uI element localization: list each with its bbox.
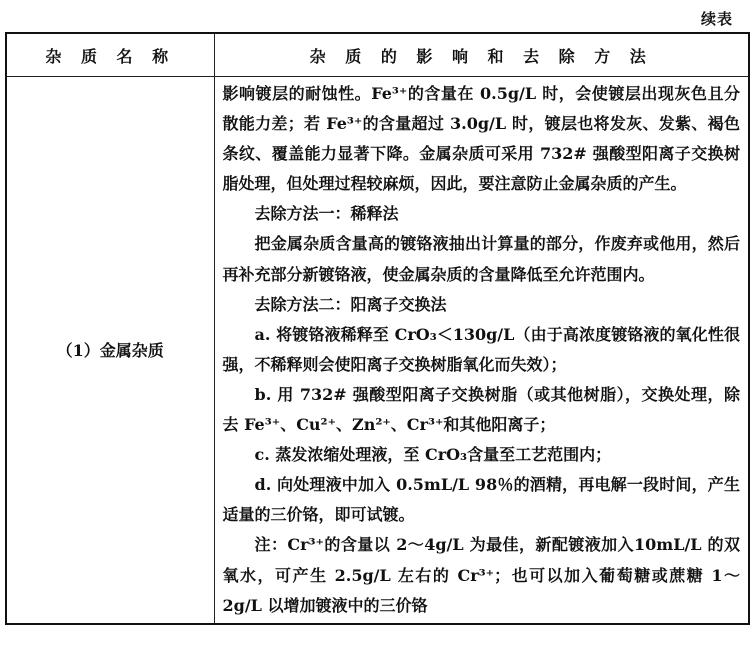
header-row: 杂 质 名 称 杂 质 的 影 响 和 去 除 方 法 — [6, 33, 749, 77]
intro-paragraph: 影响镀层的耐蚀性。Fe³⁺的含量在 0.5g/L 时，会使镀层出现灰色且分散能力… — [223, 79, 741, 199]
impurity-table: 杂 质 名 称 杂 质 的 影 响 和 去 除 方 法 （1）金属杂质 影响镀层… — [5, 32, 750, 625]
header-impurity-name: 杂 质 名 称 — [6, 33, 214, 77]
step-d: d. 向处理液中加入 0.5mL/L 98％的酒精，再电解一段时间，产生适量的三… — [223, 470, 741, 530]
header-impact-and-removal: 杂 质 的 影 响 和 去 除 方 法 — [214, 33, 749, 77]
impact-and-removal-cell: 影响镀层的耐蚀性。Fe³⁺的含量在 0.5g/L 时，会使镀层出现灰色且分散能力… — [214, 77, 749, 624]
impurity-name-cell: （1）金属杂质 — [6, 77, 214, 624]
table-caption: 续表 — [701, 8, 733, 29]
step-c: c. 蒸发浓缩处理液，至 CrO₃含量至工艺范围内； — [223, 440, 741, 470]
method-two-title: 去除方法二：阳离子交换法 — [223, 290, 741, 320]
step-b: b. 用 732# 强酸型阳离子交换树脂（或其他树脂），交换处理，除去 Fe³⁺… — [223, 380, 741, 440]
method-one-body: 把金属杂质含量高的镀铬液抽出计算量的部分，作废弃或他用，然后再补充部分新镀铬液，… — [223, 229, 741, 289]
note-paragraph: 注：Cr³⁺的含量以 2～4g/L 为最佳，新配镀液加入10mL/L 的双氧水，… — [223, 530, 741, 620]
step-a: a. 将镀铬液稀释至 CrO₃＜130g/L（由于高浓度镀铬液的氧化性很强，不稀… — [223, 320, 741, 380]
method-one-title: 去除方法一：稀释法 — [223, 199, 741, 229]
table-row: （1）金属杂质 影响镀层的耐蚀性。Fe³⁺的含量在 0.5g/L 时，会使镀层出… — [6, 77, 749, 624]
